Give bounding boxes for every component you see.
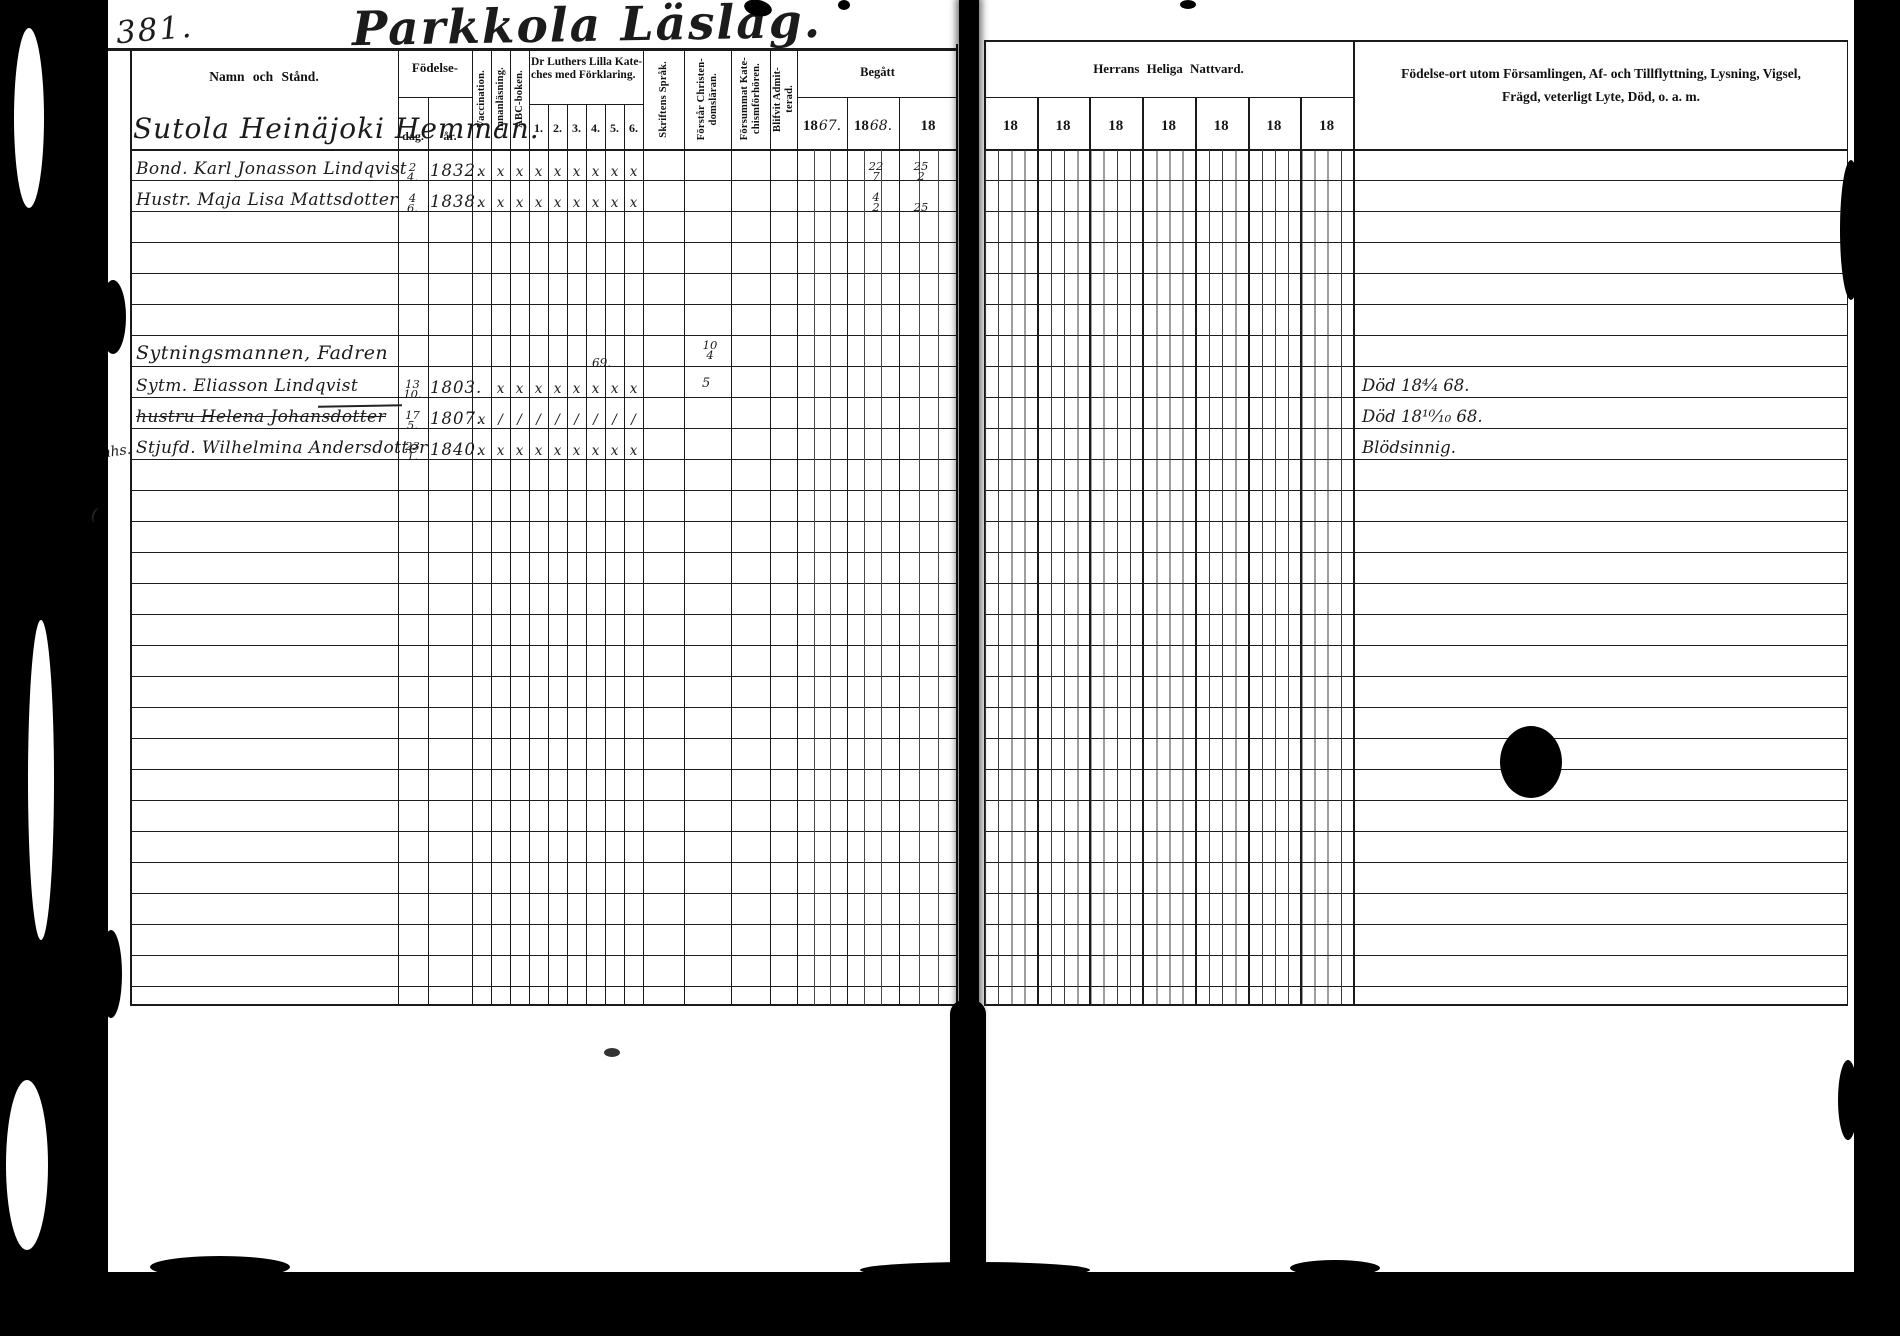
header-begatt: Begått — [797, 62, 958, 82]
nattvard-year: 18 — [984, 103, 1037, 149]
header-forstar-christendomslaran: Förstår Christen- domsläran. — [684, 51, 731, 147]
column-line — [428, 150, 429, 1005]
person-name: Sytm. Eliasson Lindqvist — [136, 376, 358, 396]
scan-edge-texture — [1500, 726, 1562, 798]
table-row: Sytm. Eliasson Lindqvist 1310. 1803. xxx… — [0, 371, 1900, 398]
person-name: Stjufd. Wilhelmina Andersdotter — [136, 438, 428, 458]
examination-marks: xxxxxxxxx — [472, 195, 643, 211]
header-fodelseort: Födelse-ort utom Församlingen, Af- och T… — [1360, 62, 1842, 108]
nattvard-column-line — [1300, 97, 1302, 1005]
column-line — [684, 150, 685, 1005]
nattvard-year: 18 — [1142, 103, 1195, 149]
column-line — [567, 150, 568, 1005]
birth-day-month: 46. — [399, 193, 426, 213]
remark-note: Blödsinnig. — [1362, 438, 1456, 457]
column-line — [510, 150, 511, 1005]
scan-edge-bottom — [0, 1272, 1900, 1336]
header-namn-och-stand: Namn och Stånd. — [130, 66, 398, 88]
examination-marks: xxxxxxxx — [472, 381, 643, 397]
nattvard-year: 18 — [1089, 103, 1142, 149]
nattvard-column-line — [1037, 97, 1039, 1005]
communion-date-1868: 42 — [861, 192, 891, 212]
examination-marks: xxxxxxxxx — [472, 443, 643, 459]
sub-column-line — [830, 150, 831, 1005]
header-year-cells: 18 67. 18 68. 18 — [797, 103, 958, 149]
scan-edge-texture — [100, 280, 126, 354]
right-page-top-rule — [984, 40, 1848, 42]
communion-date-18: 252 — [906, 161, 936, 181]
pen-mark-5: 5 — [702, 376, 710, 391]
person-name: Hustr. Maja Lisa Mattsdotter — [136, 190, 398, 210]
column-line — [624, 150, 625, 1005]
scanned-parish-register-page: { "page": { "number": "381.", "title": "… — [0, 0, 1900, 1336]
birth-day-month: 231. — [399, 441, 426, 461]
header-skriftens-sprak: Skriftens Språk. — [643, 51, 684, 147]
sub-column-line — [864, 150, 865, 1005]
group-heading: Sytningsmannen, Fadren — [136, 342, 388, 364]
scan-edge-texture — [100, 930, 122, 1018]
communion-date-18: 25 — [906, 202, 936, 212]
nattvard-split-rule — [984, 97, 1353, 98]
table-row: Bond. Karl Jonasson Lindqvist 24. 1832. … — [0, 154, 1900, 181]
nattvard-column-line — [1248, 97, 1250, 1005]
scan-edge-texture — [1840, 160, 1862, 300]
column-line — [398, 150, 399, 1005]
scan-speck — [1180, 0, 1196, 9]
left-page-row-grid — [130, 150, 958, 1005]
table-row: Stjufd. Wilhelmina Andersdotter 231. 184… — [0, 433, 1900, 460]
column-line — [529, 150, 530, 1005]
header-nattvard-year-cells: 18 18 18 18 18 18 18 — [984, 103, 1353, 149]
column-line — [643, 150, 644, 1005]
column-line — [491, 150, 492, 1005]
column-line — [899, 150, 900, 1005]
header-katekes: Dr Luthers Lilla Kate- ches med Förklari… — [531, 56, 643, 100]
column-line — [847, 150, 848, 1005]
nattvard-fine-grid — [985, 150, 1353, 1005]
column-line — [605, 150, 606, 1005]
page-number: 381. — [115, 9, 195, 52]
header-fodelse: Födelse- — [398, 58, 472, 78]
nattvard-year: 18 — [1037, 103, 1090, 149]
scan-edge-texture — [28, 620, 54, 940]
communion-date-1868: 227 — [861, 161, 891, 181]
header-year-1867: 18 67. — [797, 103, 847, 149]
header-forsummat-katechismforhoren: Försummat Kate- chismförhören. — [731, 51, 770, 147]
table-row: Hustr. Maja Lisa Mattsdotter 46. 1838. x… — [0, 185, 1900, 212]
examination-marks: x//////// — [472, 412, 643, 428]
person-name: hustru Helena Johansdotter — [136, 407, 386, 427]
header-year-18: 18 — [899, 103, 958, 149]
header-herrans-heliga-nattvard: Herrans Heliga Nattvard. — [984, 58, 1353, 80]
birth-day-month: 24. — [399, 162, 426, 182]
scan-edge-texture — [6, 1080, 48, 1250]
sub-column-line — [919, 150, 920, 1005]
pen-mark-69: 69. — [592, 356, 611, 370]
examination-marks: xxxxxxxxx — [472, 164, 643, 180]
nattvard-column-line — [1195, 97, 1197, 1005]
birth-day-month: 1310. — [399, 379, 426, 399]
sub-column-line — [814, 150, 815, 1005]
scan-edge-texture — [150, 1256, 290, 1278]
header-blifvit-admitterad: Blifvit Admit- terad. — [770, 51, 797, 147]
person-name: Bond. Karl Jonasson Lindqvist — [136, 159, 407, 179]
notes-row-grid — [1355, 150, 1847, 1005]
pen-mark-fraction: 10 4 — [699, 340, 721, 360]
scan-edge-texture — [14, 28, 44, 208]
nattvard-year: 18 — [1248, 103, 1301, 149]
scan-edge-texture — [1290, 1260, 1380, 1276]
scan-edge-texture — [860, 1262, 1090, 1278]
table-row: hustru Helena Johansdotter 175. 1807. x/… — [0, 402, 1900, 429]
header-year-1868: 18 68. — [847, 103, 899, 149]
column-line — [797, 150, 798, 1005]
column-line — [586, 150, 587, 1005]
scan-speck — [838, 0, 850, 10]
sub-column-line — [881, 150, 882, 1005]
scan-edge-texture — [1838, 1060, 1858, 1140]
column-line — [731, 150, 732, 1005]
remark-note: Död 18⁴⁄₄ 68. — [1362, 376, 1469, 395]
birth-day-month: 175. — [399, 410, 426, 430]
nattvard-year: 18 — [1300, 103, 1353, 149]
section-heading: Sutola Heinäjoki Hemman. — [133, 112, 540, 145]
column-line — [770, 150, 771, 1005]
header-katekes-columns: 1. 2. 3. 4. 5. 6. — [529, 108, 643, 148]
column-line — [548, 150, 549, 1005]
scan-speck — [604, 1048, 620, 1057]
begatt-split-rule — [797, 97, 958, 98]
column-line — [472, 150, 473, 1005]
fodelse-split-rule — [398, 97, 472, 98]
nattvard-year: 18 — [1195, 103, 1248, 149]
nattvard-column-line — [1089, 97, 1091, 1005]
sub-column-line — [938, 150, 939, 1005]
nattvard-column-line — [1142, 97, 1144, 1005]
remark-note: Död 18¹⁰⁄₁₀ 68. — [1362, 407, 1483, 426]
